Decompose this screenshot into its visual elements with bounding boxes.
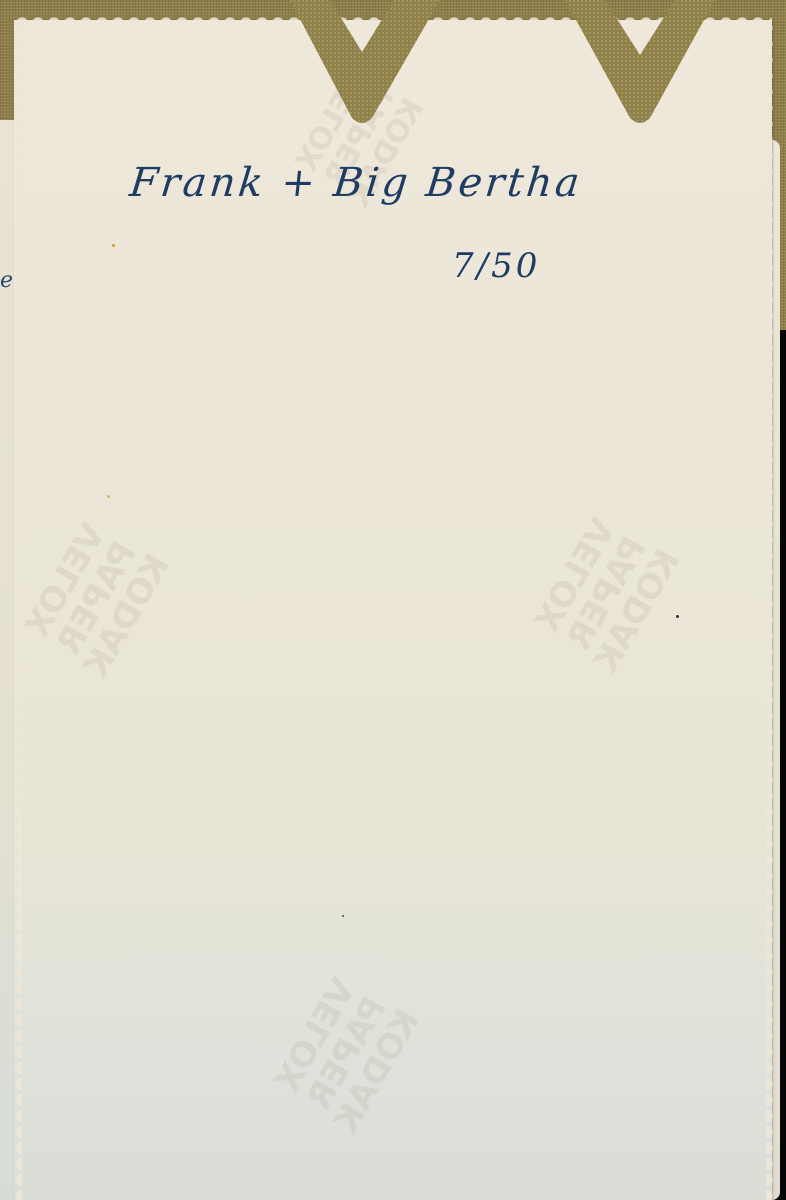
handwritten-caption: Frank + Big Bertha [128, 160, 585, 206]
dust-speck [342, 915, 344, 917]
dust-speck [676, 615, 679, 618]
stain-speck [112, 244, 115, 247]
handwritten-date: 7/50 [452, 246, 540, 286]
stain-speck [107, 495, 110, 498]
scalloped-edge-left [8, 20, 22, 1200]
scalloped-edge-right [766, 20, 778, 1200]
